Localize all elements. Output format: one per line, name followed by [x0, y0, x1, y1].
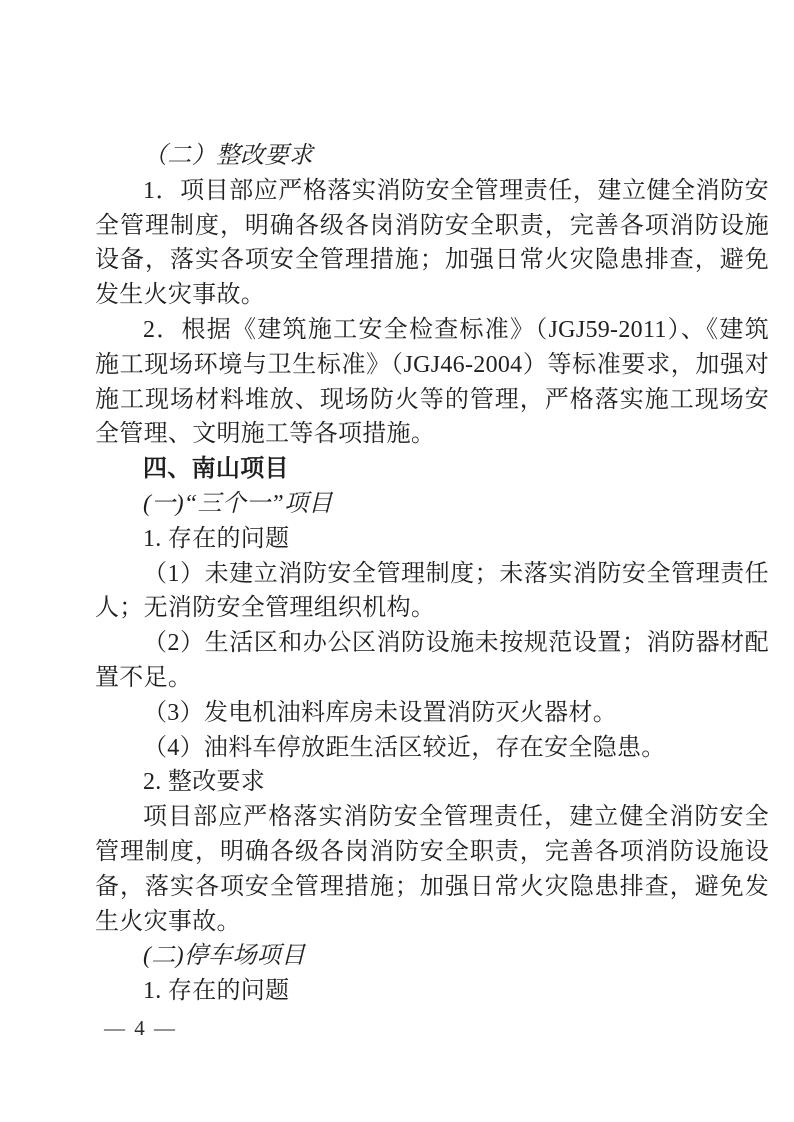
paragraph-problem-2: （2）生活区和办公区消防设施未按规范设置；消防器材配置不足。 — [95, 626, 769, 696]
paragraph-problem-1: （1）未建立消防安全管理制度；未落实消防安全管理责任人；无消防安全管理组织机构。 — [95, 557, 769, 627]
subsection-heading-sangeyi-project: (一)“三个一”项目 — [95, 487, 769, 522]
paragraph-problem-4: （4）油料车停放距生活区较近，存在安全隐患。 — [95, 731, 769, 766]
subsection-heading-rectification-requirements: （二）整改要求 — [95, 139, 769, 174]
page-number: — 4 — — [104, 1016, 177, 1041]
paragraph-rectification-detail: 项目部应严格落实消防安全管理责任，建立健全消防安全管理制度，明确各级各岗消防安全… — [95, 800, 769, 939]
section-heading-nanshan-project: 四、南山项目 — [95, 452, 769, 487]
paragraph-existing-problems-label: 1. 存在的问题 — [95, 522, 769, 557]
document-body: （二）整改要求 1．项目部应严格落实消防安全管理责任，建立健全消防安全管理制度，… — [95, 139, 769, 1009]
subsection-heading-parking-lot-project: (二)停车场项目 — [95, 939, 769, 974]
document-page: （二）整改要求 1．项目部应严格落实消防安全管理责任，建立健全消防安全管理制度，… — [0, 0, 794, 1122]
paragraph-requirement-1: 1．项目部应严格落实消防安全管理责任，建立健全消防安全管理制度，明确各级各岗消防… — [95, 174, 769, 313]
paragraph-existing-problems-label-2: 1. 存在的问题 — [95, 974, 769, 1009]
paragraph-requirement-2: 2．根据《建筑施工安全检查标准》（JGJ59-2011）、《建筑施工现场环境与卫… — [95, 313, 769, 452]
paragraph-rectification-label: 2. 整改要求 — [95, 765, 769, 800]
paragraph-problem-3: （3）发电机油料库房未设置消防灭火器材。 — [95, 696, 769, 731]
